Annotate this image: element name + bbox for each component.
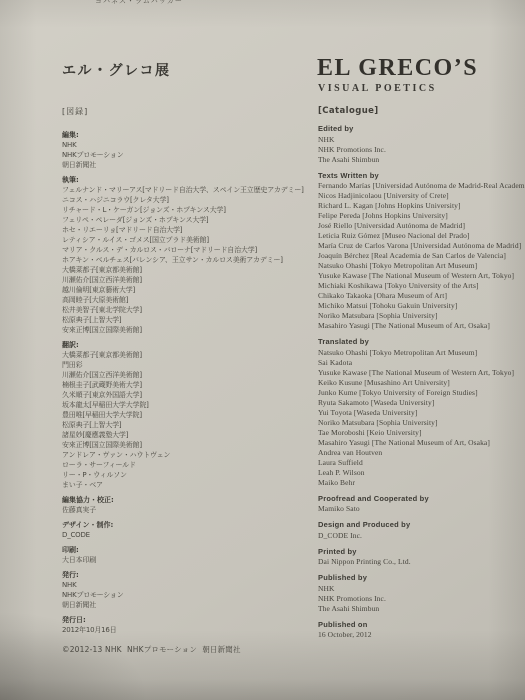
copyright-line: ©2012-13 NHK NHKプロモーション 朝日新聞社	[62, 644, 241, 655]
jp-section-label: 発行:	[62, 570, 318, 580]
jp-section-label: デザイン・制作:	[62, 520, 318, 530]
en-credit-line: Richard L. Kagan [Johns Hopkins Universi…	[318, 201, 525, 211]
en-section-label: Edited by	[318, 124, 525, 135]
jp-credit-section: 発行日:2012年10月16日	[62, 615, 318, 635]
en-credit-section: Published byNHKNHK Promotions Inc.The As…	[318, 573, 525, 614]
en-credit-section: Published on16 October, 2012	[318, 620, 525, 641]
en-credit-line: Junko Kume [Tokyo University of Foreign …	[318, 388, 525, 398]
jp-credit-line: ローラ・サーフィールド	[62, 460, 318, 470]
en-credit-line: Yui Toyota [Waseda University]	[318, 408, 525, 418]
jp-section-label: 印刷:	[62, 545, 318, 555]
en-credit-line: NHK	[318, 135, 525, 145]
jp-credit-line: 川瀬佑介[国立西洋美術館]	[62, 370, 318, 380]
en-credit-section: Proofread and Cooperated byMamiko Sato	[318, 494, 525, 515]
en-section-label: Printed by	[318, 547, 525, 558]
en-credit-line: Leah P. Wilson	[318, 468, 525, 478]
en-credit-line: Natsuko Ohashi [Tokyo Metropolitan Art M…	[318, 261, 525, 271]
en-credit-line: Chikako Takaoka [Ohara Museum of Art]	[318, 291, 525, 301]
page-content: ヨハネス・ラムバッカー エル・グレコ展 [図録] 編集:NHKNHKプロモーショ…	[0, 0, 525, 700]
en-credit-line: Masahiro Yasugi [The National Museum of …	[318, 321, 525, 331]
en-section-label: Texts Written by	[318, 171, 525, 182]
en-credits-column: Edited byNHKNHK Promotions Inc.The Asahi…	[318, 124, 525, 646]
jp-credit-section: 編集協力・校正:佐藤真実子	[62, 495, 318, 515]
en-credit-line: Joaquín Bérchez [Real Academia de San Ca…	[318, 251, 525, 261]
en-credit-line: Leticia Ruiz Gómez [Museo Nacional del P…	[318, 231, 525, 241]
en-credit-line: Mamiko Sato	[318, 504, 525, 514]
en-credit-line: Michiko Matsui [Tohoku Gakuin University…	[318, 301, 525, 311]
en-credit-line: NHK Promotions Inc.	[318, 145, 525, 155]
en-credit-line: NHK	[318, 584, 525, 594]
top-clipped-line: ヨハネス・ラムバッカー	[95, 0, 183, 6]
en-credit-line: Masahiro Yasugi [The National Museum of …	[318, 438, 525, 448]
jp-credit-line: 諸星妙[慶應義塾大学]	[62, 430, 318, 440]
jp-credit-line: 朝日新聞社	[62, 600, 318, 610]
jp-section-label: 翻訳:	[62, 340, 318, 350]
jp-credit-line: リー・P・ウィルソン	[62, 470, 318, 480]
en-credit-line: The Asahi Shimbun	[318, 155, 525, 165]
jp-credit-section: デザイン・制作:D_CODE	[62, 520, 318, 540]
en-credit-line: Yusuke Kawase [The National Museum of We…	[318, 368, 525, 378]
en-credit-line: Tae Moroboshi [Keio University]	[318, 428, 525, 438]
jp-credit-line: レティシア・ルイス・ゴメス[国立プラド美術館]	[62, 235, 318, 245]
jp-credits-column: 編集:NHKNHKプロモーション朝日新聞社執筆:フェルナンド・マリーアス[マドリ…	[62, 130, 318, 640]
jp-credit-line: 朝日新聞社	[62, 160, 318, 170]
jp-credit-line: 高岡睦子[大原美術館]	[62, 295, 318, 305]
en-credit-line: Ryuta Sakamoto [Waseda University]	[318, 398, 525, 408]
en-credit-section: Texts Written byFernando Marías [Univers…	[318, 171, 525, 332]
jp-credit-line: 豊田唯[早稲田大学大学院]	[62, 410, 318, 420]
en-section-label: Translated by	[318, 337, 525, 348]
jp-credit-line: NHKプロモーション	[62, 590, 318, 600]
en-credit-section: Edited byNHKNHK Promotions Inc.The Asahi…	[318, 124, 525, 165]
en-credit-line: Natsuko Ohashi [Tokyo Metropolitan Art M…	[318, 348, 525, 358]
jp-credit-line: マリア・クルス・デ・カルロス・バローナ[マドリード自治大学]	[62, 245, 318, 255]
en-section-label: Published by	[318, 573, 525, 584]
en-credit-line: Yusuke Kawase [The National Museum of We…	[318, 271, 525, 281]
en-credit-line: Michiaki Koshikawa [Tokyo University of …	[318, 281, 525, 291]
jp-credit-line: フェルナンド・マリーアス[マドリード自治大学、スペイン王立歴史アカデミー]	[62, 185, 318, 195]
jp-credit-line: 川瀬佑介[国立西洋美術館]	[62, 275, 318, 285]
jp-credit-line: 松井美智子[東北学院大学]	[62, 305, 318, 315]
en-credit-section: Printed byDai Nippon Printing Co., Ltd.	[318, 547, 525, 568]
jp-credit-line: フェリペ・ペレーダ[ジョンズ・ホプキンス大学]	[62, 215, 318, 225]
en-credit-line: Andrea van Houtven	[318, 448, 525, 458]
jp-credit-line: 2012年10月16日	[62, 625, 318, 635]
jp-credit-line: 久米順子[東京外国語大学]	[62, 390, 318, 400]
en-credit-section: Design and Produced byD_CODE Inc.	[318, 520, 525, 541]
jp-credit-section: 印刷:大日本印刷	[62, 545, 318, 565]
en-credit-line: Noriko Matsubara [Sophia University]	[318, 311, 525, 321]
jp-credit-line: NHK	[62, 580, 318, 590]
en-credit-line: Maiko Behr	[318, 478, 525, 488]
jp-credit-line: アンドレア・ヴァン・ハウトヴェン	[62, 450, 318, 460]
en-credit-line: Keiko Kusune [Musashino Art University]	[318, 378, 525, 388]
catalogue-colophon-page: ヨハネス・ラムバッカー エル・グレコ展 [図録] 編集:NHKNHKプロモーショ…	[0, 0, 525, 700]
jp-credit-line: NHKプロモーション	[62, 150, 318, 160]
jp-credit-line: 越川倫明[東京藝術大学]	[62, 285, 318, 295]
jp-credit-line: 松原典子[上智大学]	[62, 315, 318, 325]
jp-credit-line: まい子・ベア	[62, 480, 318, 490]
jp-section-label: 執筆:	[62, 175, 318, 185]
jp-credit-line: 楠根圭子[武蔵野美術大学]	[62, 380, 318, 390]
en-credit-line: 16 October, 2012	[318, 630, 525, 640]
jp-credit-line: 安來正博[国立国際美術館]	[62, 325, 318, 335]
en-credit-line: Dai Nippon Printing Co., Ltd.	[318, 557, 525, 567]
en-credit-line: NHK Promotions Inc.	[318, 594, 525, 604]
en-credit-line: The Asahi Shimbun	[318, 604, 525, 614]
en-section-label: Published on	[318, 620, 525, 631]
jp-credit-line: 大橋菜都子[東京都美術館]	[62, 350, 318, 360]
jp-credit-line: ホアキン・ベルチェス[バレンシア、王立サン・カルロス美術アカデミー]	[62, 255, 318, 265]
jp-section-label: 発行日:	[62, 615, 318, 625]
en-credit-line: José Riello [Universidad Autónoma de Mad…	[318, 221, 525, 231]
jp-credit-line: NHK	[62, 140, 318, 150]
jp-catalogue-label: [図録]	[62, 106, 88, 117]
jp-section-label: 編集:	[62, 130, 318, 140]
jp-credit-section: 編集:NHKNHKプロモーション朝日新聞社	[62, 130, 318, 170]
jp-credit-line: 門田彩	[62, 360, 318, 370]
jp-credit-line: 大日本印刷	[62, 555, 318, 565]
jp-credit-section: 執筆:フェルナンド・マリーアス[マドリード自治大学、スペイン王立歴史アカデミー]…	[62, 175, 318, 335]
jp-credit-line: 坂本龍太[早稲田大学大学院]	[62, 400, 318, 410]
jp-exhibition-title: エル・グレコ展	[62, 60, 171, 80]
jp-credit-line: リチャード・L・ケーガン[ジョンズ・ホプキンス大学]	[62, 205, 318, 215]
jp-credit-line: 松原典子[上智大学]	[62, 420, 318, 430]
en-credit-line: Laura Suffield	[318, 458, 525, 468]
en-exhibition-title: EL GRECO’S	[317, 55, 478, 82]
jp-credit-line: ホセ・リエーリョ[マドリード自治大学]	[62, 225, 318, 235]
en-credit-line: Nicos Hadjinicolaou [University of Crete…	[318, 191, 525, 201]
jp-credit-line: 安來正博[国立国際美術館]	[62, 440, 318, 450]
en-credit-line: Noriko Matsubara [Sophia University]	[318, 418, 525, 428]
jp-credit-line: 大橋菜都子[東京都美術館]	[62, 265, 318, 275]
en-section-label: Proofread and Cooperated by	[318, 494, 525, 505]
jp-credit-line: ニコス・ハジニコラウ[クレタ大学]	[62, 195, 318, 205]
en-exhibition-subtitle: VISUAL POETICS	[318, 83, 437, 94]
en-catalogue-label: [Catalogue]	[318, 106, 379, 116]
en-credit-line: Fernando Marías [Universidad Autónoma de…	[318, 181, 525, 191]
jp-credit-section: 翻訳:大橋菜都子[東京都美術館]門田彩川瀬佑介[国立西洋美術館]楠根圭子[武蔵野…	[62, 340, 318, 490]
jp-section-label: 編集協力・校正:	[62, 495, 318, 505]
en-credit-line: María Cruz de Carlos Varona [Universidad…	[318, 241, 525, 251]
jp-credit-section: 発行:NHKNHKプロモーション朝日新聞社	[62, 570, 318, 610]
en-section-label: Design and Produced by	[318, 520, 525, 531]
jp-credit-line: 佐藤真実子	[62, 505, 318, 515]
en-credit-line: Sai Kadota	[318, 358, 525, 368]
en-credit-section: Translated byNatsuko Ohashi [Tokyo Metro…	[318, 337, 525, 488]
jp-credit-line: D_CODE	[62, 530, 318, 540]
en-credit-line: Felipe Pereda [Johns Hopkins University]	[318, 211, 525, 221]
en-credit-line: D_CODE Inc.	[318, 531, 525, 541]
